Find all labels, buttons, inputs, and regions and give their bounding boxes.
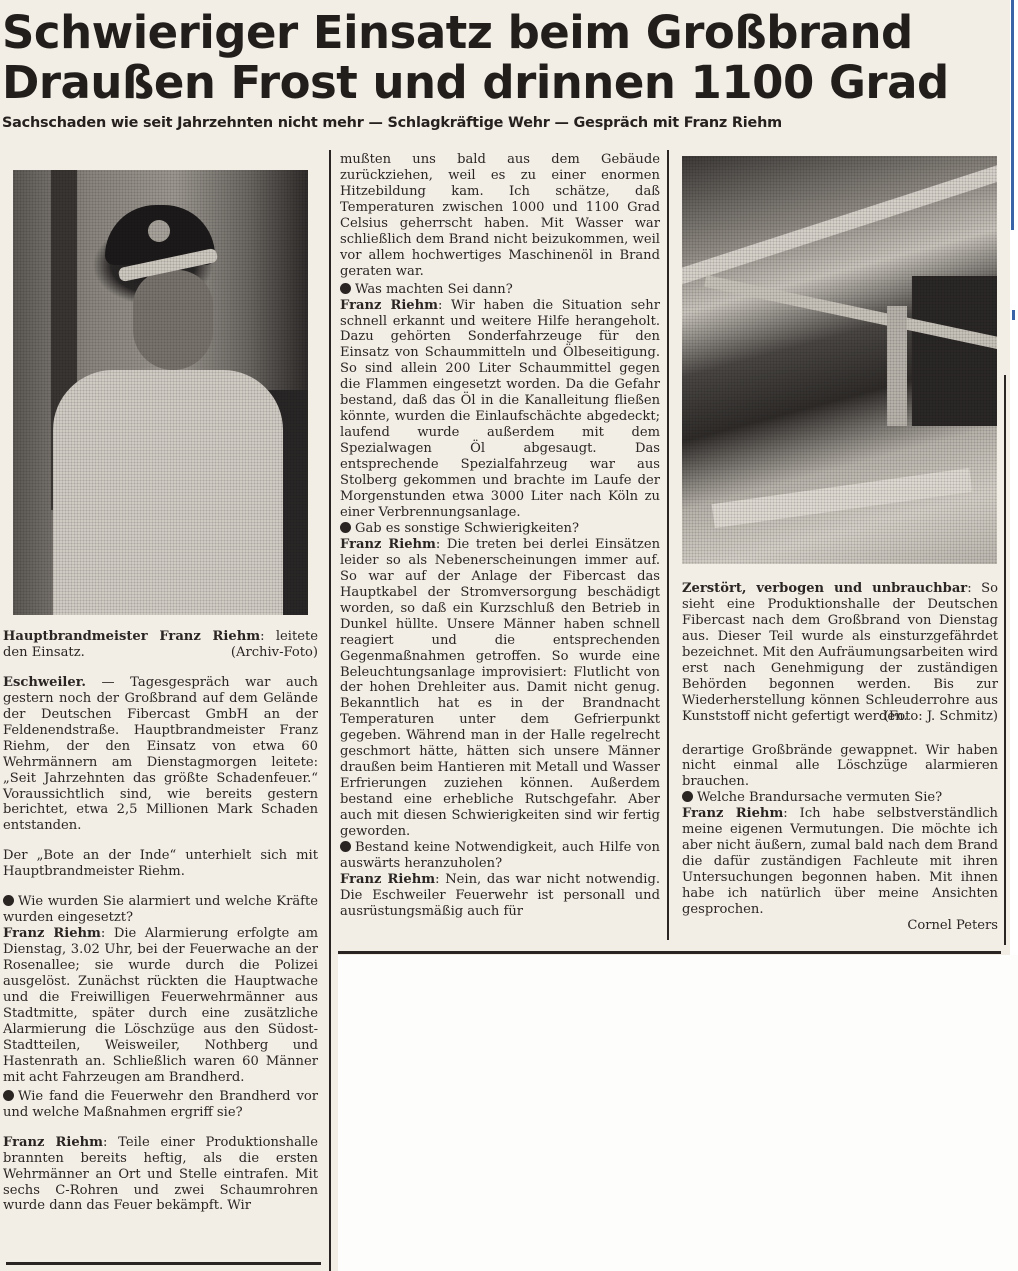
ruin-caption: Zerstört, verbogen und unbrauchbar: So s… [682,581,998,725]
question: Welche Brandursache vermuten Sie? [682,790,998,806]
answer: Franz Riehm: Nein, das war nicht notwend… [340,872,660,920]
halftone-texture [682,156,997,564]
ruin-photo [682,156,997,564]
speaker: Franz Riehm [340,298,438,313]
portrait-photo [13,170,308,615]
bullet-icon [682,791,693,802]
scan-edge-mark [1011,0,1014,230]
speaker: Franz Riehm [340,872,435,887]
column-divider [667,150,669,940]
bullet-icon [340,283,351,294]
speaker: Franz Riehm [340,537,436,552]
column-right: Zerstört, verbogen und unbrauchbar: So s… [682,581,998,934]
bullet-icon [340,522,351,533]
answer: Franz Riehm: Wir haben die Situation seh… [340,298,660,521]
speaker: Franz Riehm [3,926,101,941]
byline: Cornel Peters [682,918,998,934]
question: Gab es sonstige Schwierigkeiten? [340,521,660,537]
answer: Franz Riehm: Ich habe selbstverständlich… [682,806,998,918]
subheadline: Sachschaden wie seit Jahrzehnten nicht m… [2,115,1002,131]
column-middle: mußten uns bald aus dem Gebäude zurückzi… [340,152,660,920]
article-end-rule [6,1262,321,1265]
article-end-rule [338,951,1001,954]
scan-edge-mark [1012,310,1015,320]
intro-paragraph-2: Der „Bote an der Inde“ unterhielt sich m… [3,848,318,880]
question: Wie fand die Feuerwehr den Brandherd vor… [3,1089,318,1121]
answer-continued: mußten uns bald aus dem Gebäude zurückzi… [340,152,660,280]
question: Wie wurden Sie alarmiert und welche Kräf… [3,894,318,926]
answer: Franz Riehm: Die Alarmierung erfolgte am… [3,926,318,1086]
headline-line-2: Draußen Frost und drinnen 1100 Grad [2,56,949,109]
blank-scan-area [338,955,1018,1271]
dateline: Eschweiler. [3,675,86,690]
answer-continued: derartige Großbrände gewappnet. Wir habe… [682,743,998,791]
answer: Franz Riehm: Die treten bei derlei Einsä… [340,537,660,840]
answer: Franz Riehm: Teile einer Produktionshall… [3,1135,318,1215]
caption-text: : So sieht eine Produktionshalle der Deu… [682,581,998,724]
intro-text: — Tagesgespräch war auch gestern noch de… [3,675,318,834]
caption-bold: Zerstört, verbogen und unbrauchbar [682,581,967,596]
caption-bold: Hauptbrandmeister Franz Riehm [3,629,260,644]
question: Bestand keine Notwendigkeit, auch Hilfe … [340,840,660,872]
bullet-icon [3,1090,14,1101]
bullet-icon [3,895,14,906]
headline: Schwieriger Einsatz beim Großbrand Drauß… [2,8,1002,108]
speaker: Franz Riehm [3,1135,103,1150]
headline-line-1: Schwieriger Einsatz beim Großbrand [2,6,913,59]
question: Was machten Sei dann? [340,282,660,298]
column-left: Hauptbrandmeister Franz Riehm: leitete d… [3,629,318,1214]
intro-paragraph: Eschweiler. — Tagesgespräch war auch ges… [3,675,318,835]
halftone-texture [13,170,308,615]
column-divider [329,150,331,1271]
bullet-icon [340,841,351,852]
speaker: Franz Riehm [682,806,783,821]
column-divider [1004,375,1006,945]
